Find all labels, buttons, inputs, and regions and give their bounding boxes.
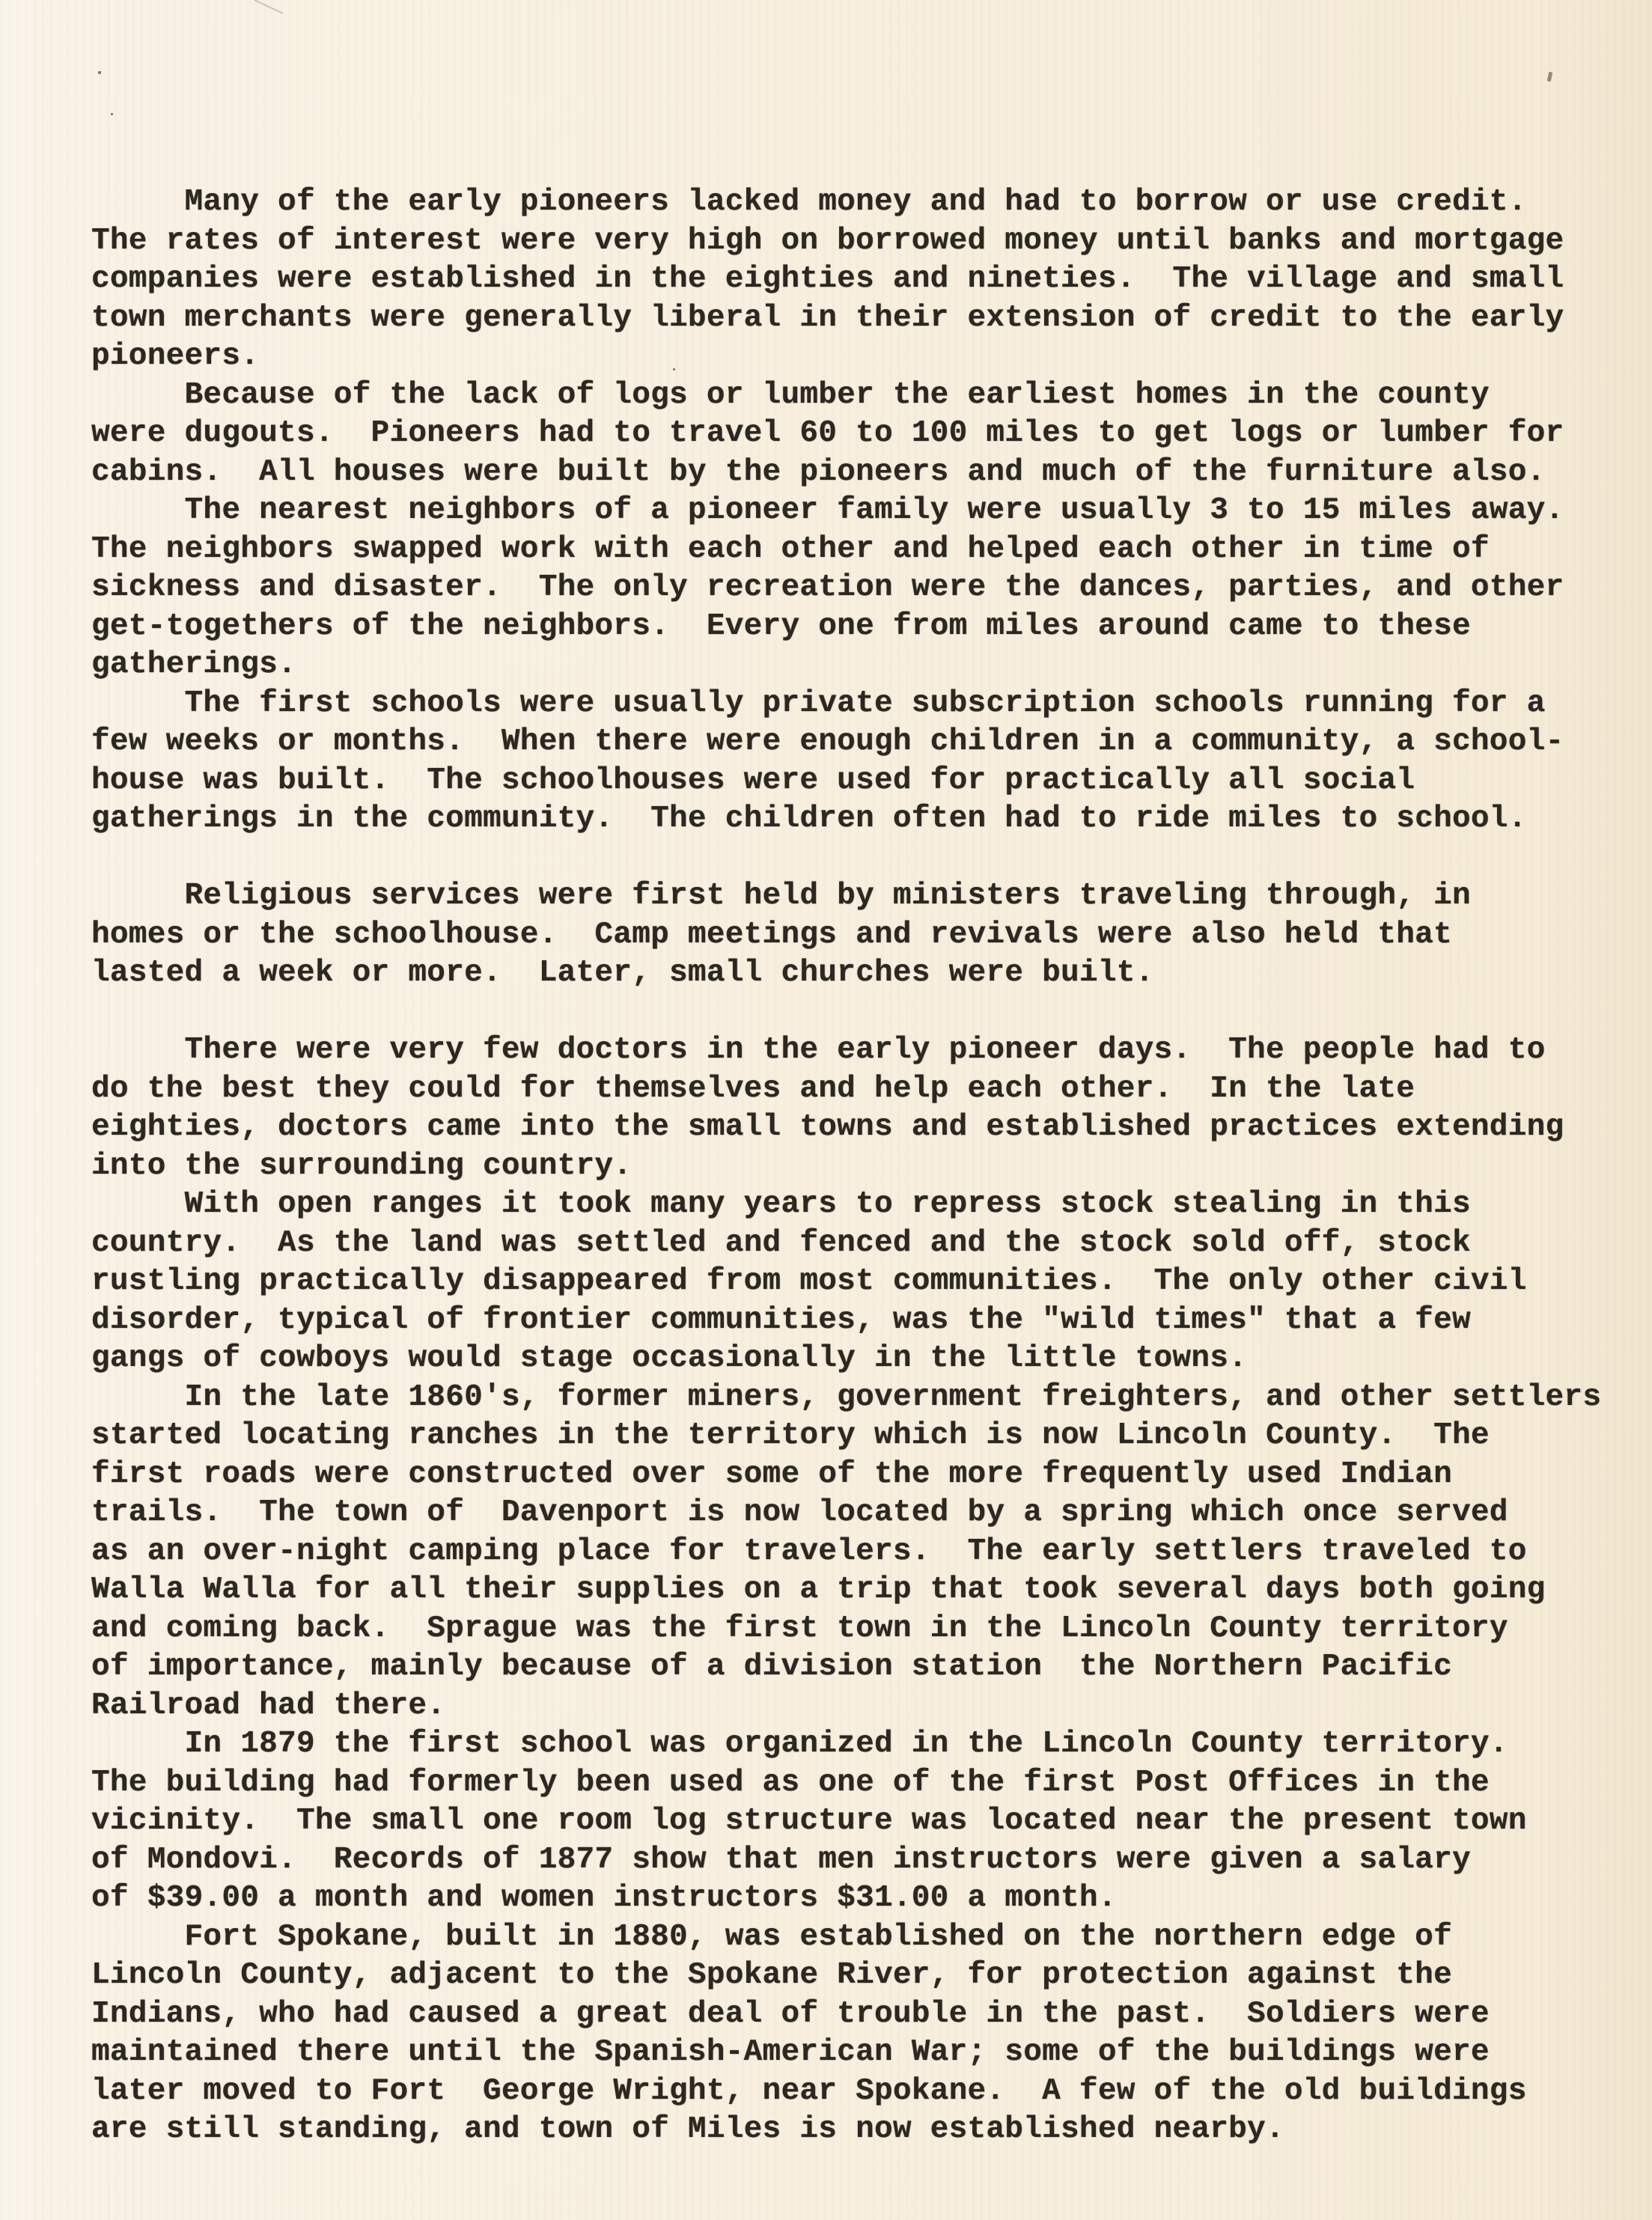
paragraph: The first schools were usually private s… <box>91 685 1601 839</box>
text-line: and coming back. Sprague was the first t… <box>91 1610 1601 1649</box>
text-line: do the best they could for themselves an… <box>91 1070 1601 1109</box>
text-line: With open ranges it took many years to r… <box>91 1186 1601 1225</box>
text-line: Indians, who had caused a great deal of … <box>91 1995 1601 2034</box>
text-line: There were very few doctors in the early… <box>91 1031 1601 1070</box>
text-line: started locating ranches in the territor… <box>91 1417 1601 1456</box>
text-line: gangs of cowboys would stage occasionall… <box>91 1340 1601 1379</box>
text-line: town merchants were generally liberal in… <box>91 299 1601 338</box>
text-line: In the late 1860's, former miners, gover… <box>91 1379 1601 1418</box>
paragraph: With open ranges it took many years to r… <box>91 1186 1601 1379</box>
text-line: disorder, typical of frontier communitie… <box>91 1302 1601 1341</box>
text-line: Walla Walla for all their supplies on a … <box>91 1571 1601 1610</box>
text-line: Railroad had there. <box>91 1687 1601 1726</box>
paragraph: Many of the early pioneers lacked money … <box>91 183 1601 376</box>
stray-ink-mark <box>1547 72 1553 82</box>
paper-speck <box>111 113 113 115</box>
text-line: of Mondovi. Records of 1877 show that me… <box>91 1841 1601 1880</box>
text-line: into the surrounding country. <box>91 1147 1601 1186</box>
text-line: companies were established in the eighti… <box>91 260 1601 299</box>
text-line: Many of the early pioneers lacked money … <box>91 183 1601 222</box>
text-line: Fort Spokane, built in 1880, was establi… <box>91 1918 1601 1957</box>
text-line: cabins. All houses were built by the pio… <box>91 454 1601 493</box>
text-line: sickness and disaster. The only recreati… <box>91 569 1601 608</box>
paragraph: There were very few doctors in the early… <box>91 1031 1601 1186</box>
text-line: The nearest neighbors of a pioneer famil… <box>91 492 1601 531</box>
text-line: were dugouts. Pioneers had to travel 60 … <box>91 415 1601 454</box>
paragraph: In the late 1860's, former miners, gover… <box>91 1379 1601 1726</box>
text-line: lasted a week or more. Later, small chur… <box>91 954 1601 993</box>
paper-scratch <box>254 0 284 14</box>
text-line: pioneers. <box>91 338 1601 376</box>
paragraph: Because of the lack of logs or lumber th… <box>91 376 1601 493</box>
paper-speck <box>98 71 101 74</box>
text-line: Religious services were first held by mi… <box>91 877 1601 916</box>
text-line: vicinity. The small one room log structu… <box>91 1802 1601 1841</box>
text-line: few weeks or months. When there were eno… <box>91 723 1601 762</box>
text-line: eighties, doctors came into the small to… <box>91 1109 1601 1147</box>
text-line: Because of the lack of logs or lumber th… <box>91 376 1601 415</box>
paragraph: In 1879 the first school was organized i… <box>91 1725 1601 1918</box>
text-line: of $39.00 a month and women instructors … <box>91 1879 1601 1918</box>
paragraph: Fort Spokane, built in 1880, was establi… <box>91 1918 1601 2150</box>
text-line: The building had formerly been used as o… <box>91 1764 1601 1803</box>
text-line: later moved to Fort George Wright, near … <box>91 2073 1601 2111</box>
text-line: maintained there until the Spanish-Ameri… <box>91 2034 1601 2073</box>
text-line: The neighbors swapped work with each oth… <box>91 531 1601 570</box>
text-line: Lincoln County, adjacent to the Spokane … <box>91 1957 1601 1995</box>
text-line: gatherings in the community. The childre… <box>91 800 1601 839</box>
paragraph: The nearest neighbors of a pioneer famil… <box>91 492 1601 685</box>
text-line: are still standing, and town of Miles is… <box>91 2111 1601 2150</box>
text-line: gatherings. <box>91 646 1601 685</box>
document-page: Many of the early pioneers lacked money … <box>0 0 1652 2220</box>
text-line: get-togethers of the neighbors. Every on… <box>91 608 1601 647</box>
text-line: as an over-night camping place for trave… <box>91 1533 1601 1572</box>
text-line: The rates of interest were very high on … <box>91 222 1601 261</box>
text-line: In 1879 the first school was organized i… <box>91 1725 1601 1764</box>
paragraph: Religious services were first held by mi… <box>91 877 1601 993</box>
text-line: first roads were constructed over some o… <box>91 1456 1601 1495</box>
text-line: of importance, mainly because of a divis… <box>91 1648 1601 1687</box>
text-line: homes or the schoolhouse. Camp meetings … <box>91 916 1601 955</box>
text-line: rustling practically disappeared from mo… <box>91 1263 1601 1302</box>
text-line: country. As the land was settled and fen… <box>91 1225 1601 1263</box>
text-line: trails. The town of Davenport is now loc… <box>91 1494 1601 1533</box>
document-text: Many of the early pioneers lacked money … <box>91 183 1601 2150</box>
text-line: house was built. The schoolhouses were u… <box>91 762 1601 801</box>
text-line: The first schools were usually private s… <box>91 685 1601 724</box>
